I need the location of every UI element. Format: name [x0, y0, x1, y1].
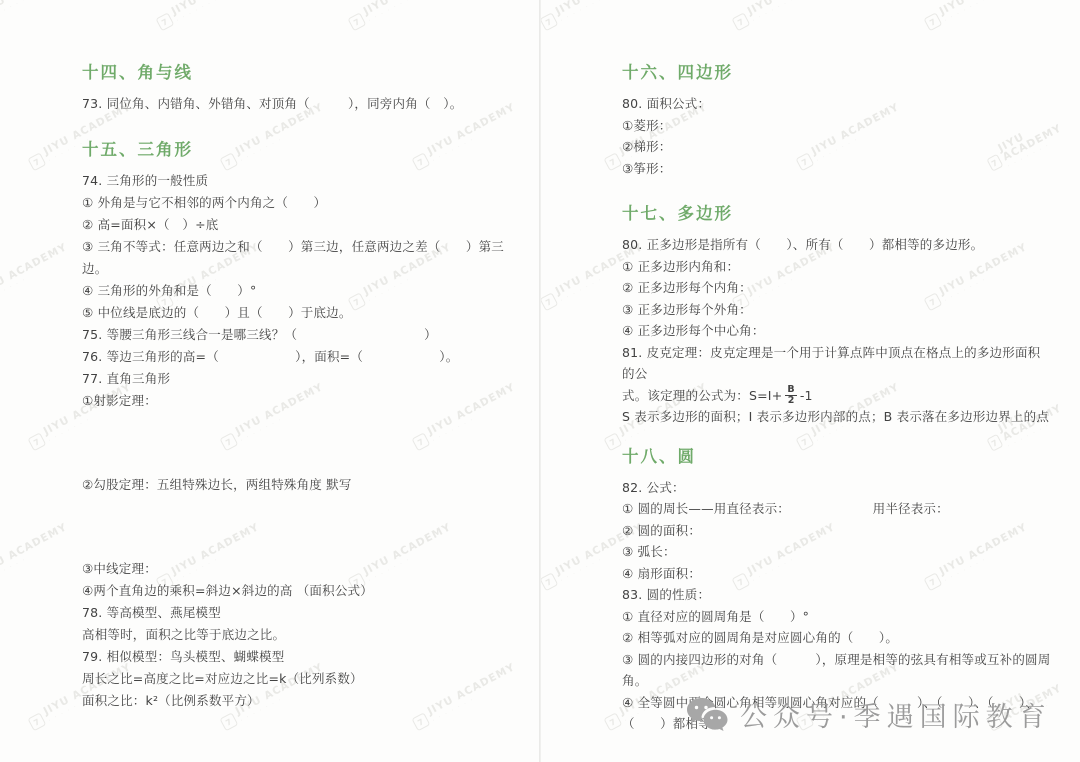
left_page-text-line: ② 高=面积×（ ）÷底	[82, 214, 512, 236]
right_page-text-line: 82. 公式：	[622, 477, 1052, 499]
left_page-text-line: 79. 相似模型：鸟头模型、蝴蝶模型	[82, 646, 512, 668]
left_page-text-line: 高相等时，面积之比等于底边之比。	[82, 624, 512, 646]
right_page-text-line: ③ 正多边形每个外角：	[622, 299, 1052, 321]
right_page-text-line: 80. 面积公式：	[622, 93, 1052, 115]
right_page-section-heading: 十七、多边形	[622, 203, 1052, 225]
left_page-text-line: ①射影定理：	[82, 390, 512, 412]
right_page-text-line: 83. 圆的性质：	[622, 584, 1052, 606]
fraction-denominator: 2	[788, 396, 795, 406]
page-left-content: 十四、角与线73. 同位角、内错角、外错角、对顶角（ ），同旁内角（ ）。十五、…	[82, 62, 512, 712]
right_page-section-heading: 十六、四边形	[622, 62, 1052, 84]
left_page-text-line: ⑤ 中位线是底边的（ ）且（ ）于底边。	[82, 302, 512, 324]
left_page-text-line: 75. 等腰三角形三线合一是哪三线？（ ）	[82, 324, 512, 346]
answer-space	[82, 496, 512, 558]
left_page-text-line: 面积之比：k²（比例系数平方）	[82, 690, 512, 712]
fraction: B2	[785, 385, 796, 406]
left_page-text-line: 73. 同位角、内错角、外错角、对顶角（ ），同旁内角（ ）。	[82, 93, 512, 115]
left_page-text-line: ③ 三角不等式：任意两边之和（ ）第三边，任意两边之差（ ）第三边。	[82, 236, 512, 280]
right_page-section-heading: 十八、圆	[622, 446, 1052, 468]
page-left: 十四、角与线73. 同位角、内错角、外错角、对顶角（ ），同旁内角（ ）。十五、…	[0, 0, 540, 762]
right_page-text-line: ①菱形：	[622, 115, 1052, 137]
right_page-text-line: ② 正多边形每个内角：	[622, 277, 1052, 299]
left_page-text-line: 76. 等边三角形的高=（ ），面积=（ ）。	[82, 346, 512, 368]
page-right: 十六、四边形80. 面积公式：①菱形：②梯形：③筝形：十七、多边形80. 正多边…	[540, 0, 1080, 762]
pick-theorem-formula: 式。该定理的公式为：S=I+B2-1	[622, 385, 1052, 407]
footer-text: 公众号·季遇国际教育	[740, 695, 1052, 734]
left_page-text-line: 78. 等高模型、燕尾模型	[82, 602, 512, 624]
left_page-text-line: ④ 三角形的外角和是（ ）°	[82, 280, 512, 302]
right_page-text-line: ① 正多边形内角和：	[622, 256, 1052, 278]
formula-post: -1	[800, 385, 813, 407]
left_page-section-heading: 十四、角与线	[82, 62, 512, 84]
answer-space	[82, 412, 512, 474]
right_page-text-line: ① 直径对应的圆周角是（ ）°	[622, 606, 1052, 628]
wechat-icon	[686, 697, 728, 733]
right_page-text-line: 80. 正多边形是指所有（ ）、所有（ ）都相等的多边形。	[622, 234, 1052, 256]
right_page-text-line: ②梯形：	[622, 136, 1052, 158]
left_page-text-line: 74. 三角形的一般性质	[82, 170, 512, 192]
left_page-text-line: ②勾股定理：五组特殊边长，两组特殊角度 默写	[82, 474, 512, 496]
right_page-text-line: ③筝形：	[622, 158, 1052, 180]
left_page-text-line: ① 外角是与它不相邻的两个内角之（ ）	[82, 192, 512, 214]
right_page-text-line: ③ 圆的内接四边形的对角（ ），原理是相等的弦具有相等或互补的圆周角。	[622, 649, 1052, 692]
right_page-text-line: ③ 弧长：	[622, 541, 1052, 563]
right_page-text-line: S 表示多边形的面积；I 表示多边形内部的点；B 表示落在多边形边界上的点	[622, 406, 1052, 428]
left_page-text-line: ④两个直角边的乘积=斜边×斜边的高 （面积公式）	[82, 580, 512, 602]
right_page-text-line: ① 圆的周长——用直径表示： 用半径表示：	[622, 498, 1052, 520]
left_page-text-line: 周长之比=高度之比=对应边之比=k（比列系数）	[82, 668, 512, 690]
right_page-text-line: 81. 皮克定理：皮克定理是一个用于计算点阵中顶点在格点上的多边形面积的公	[622, 342, 1052, 385]
left_page-text-line: ③中线定理：	[82, 558, 512, 580]
left_page-section-heading: 十五、三角形	[82, 139, 512, 161]
formula-pre: 式。该定理的公式为：S=I+	[622, 385, 782, 407]
left_page-text-line: 77. 直角三角形	[82, 368, 512, 390]
footer-branding: 公众号·季遇国际教育	[686, 695, 1052, 734]
page-right-content: 十六、四边形80. 面积公式：①菱形：②梯形：③筝形：十七、多边形80. 正多边…	[622, 62, 1052, 735]
right_page-text-line: ② 相等弧对应的圆周角是对应圆心角的（ ）。	[622, 627, 1052, 649]
right_page-text-line: ④ 正多边形每个中心角：	[622, 320, 1052, 342]
right_page-text-line: ② 圆的面积：	[622, 520, 1052, 542]
right_page-text-line: ④ 扇形面积：	[622, 563, 1052, 585]
